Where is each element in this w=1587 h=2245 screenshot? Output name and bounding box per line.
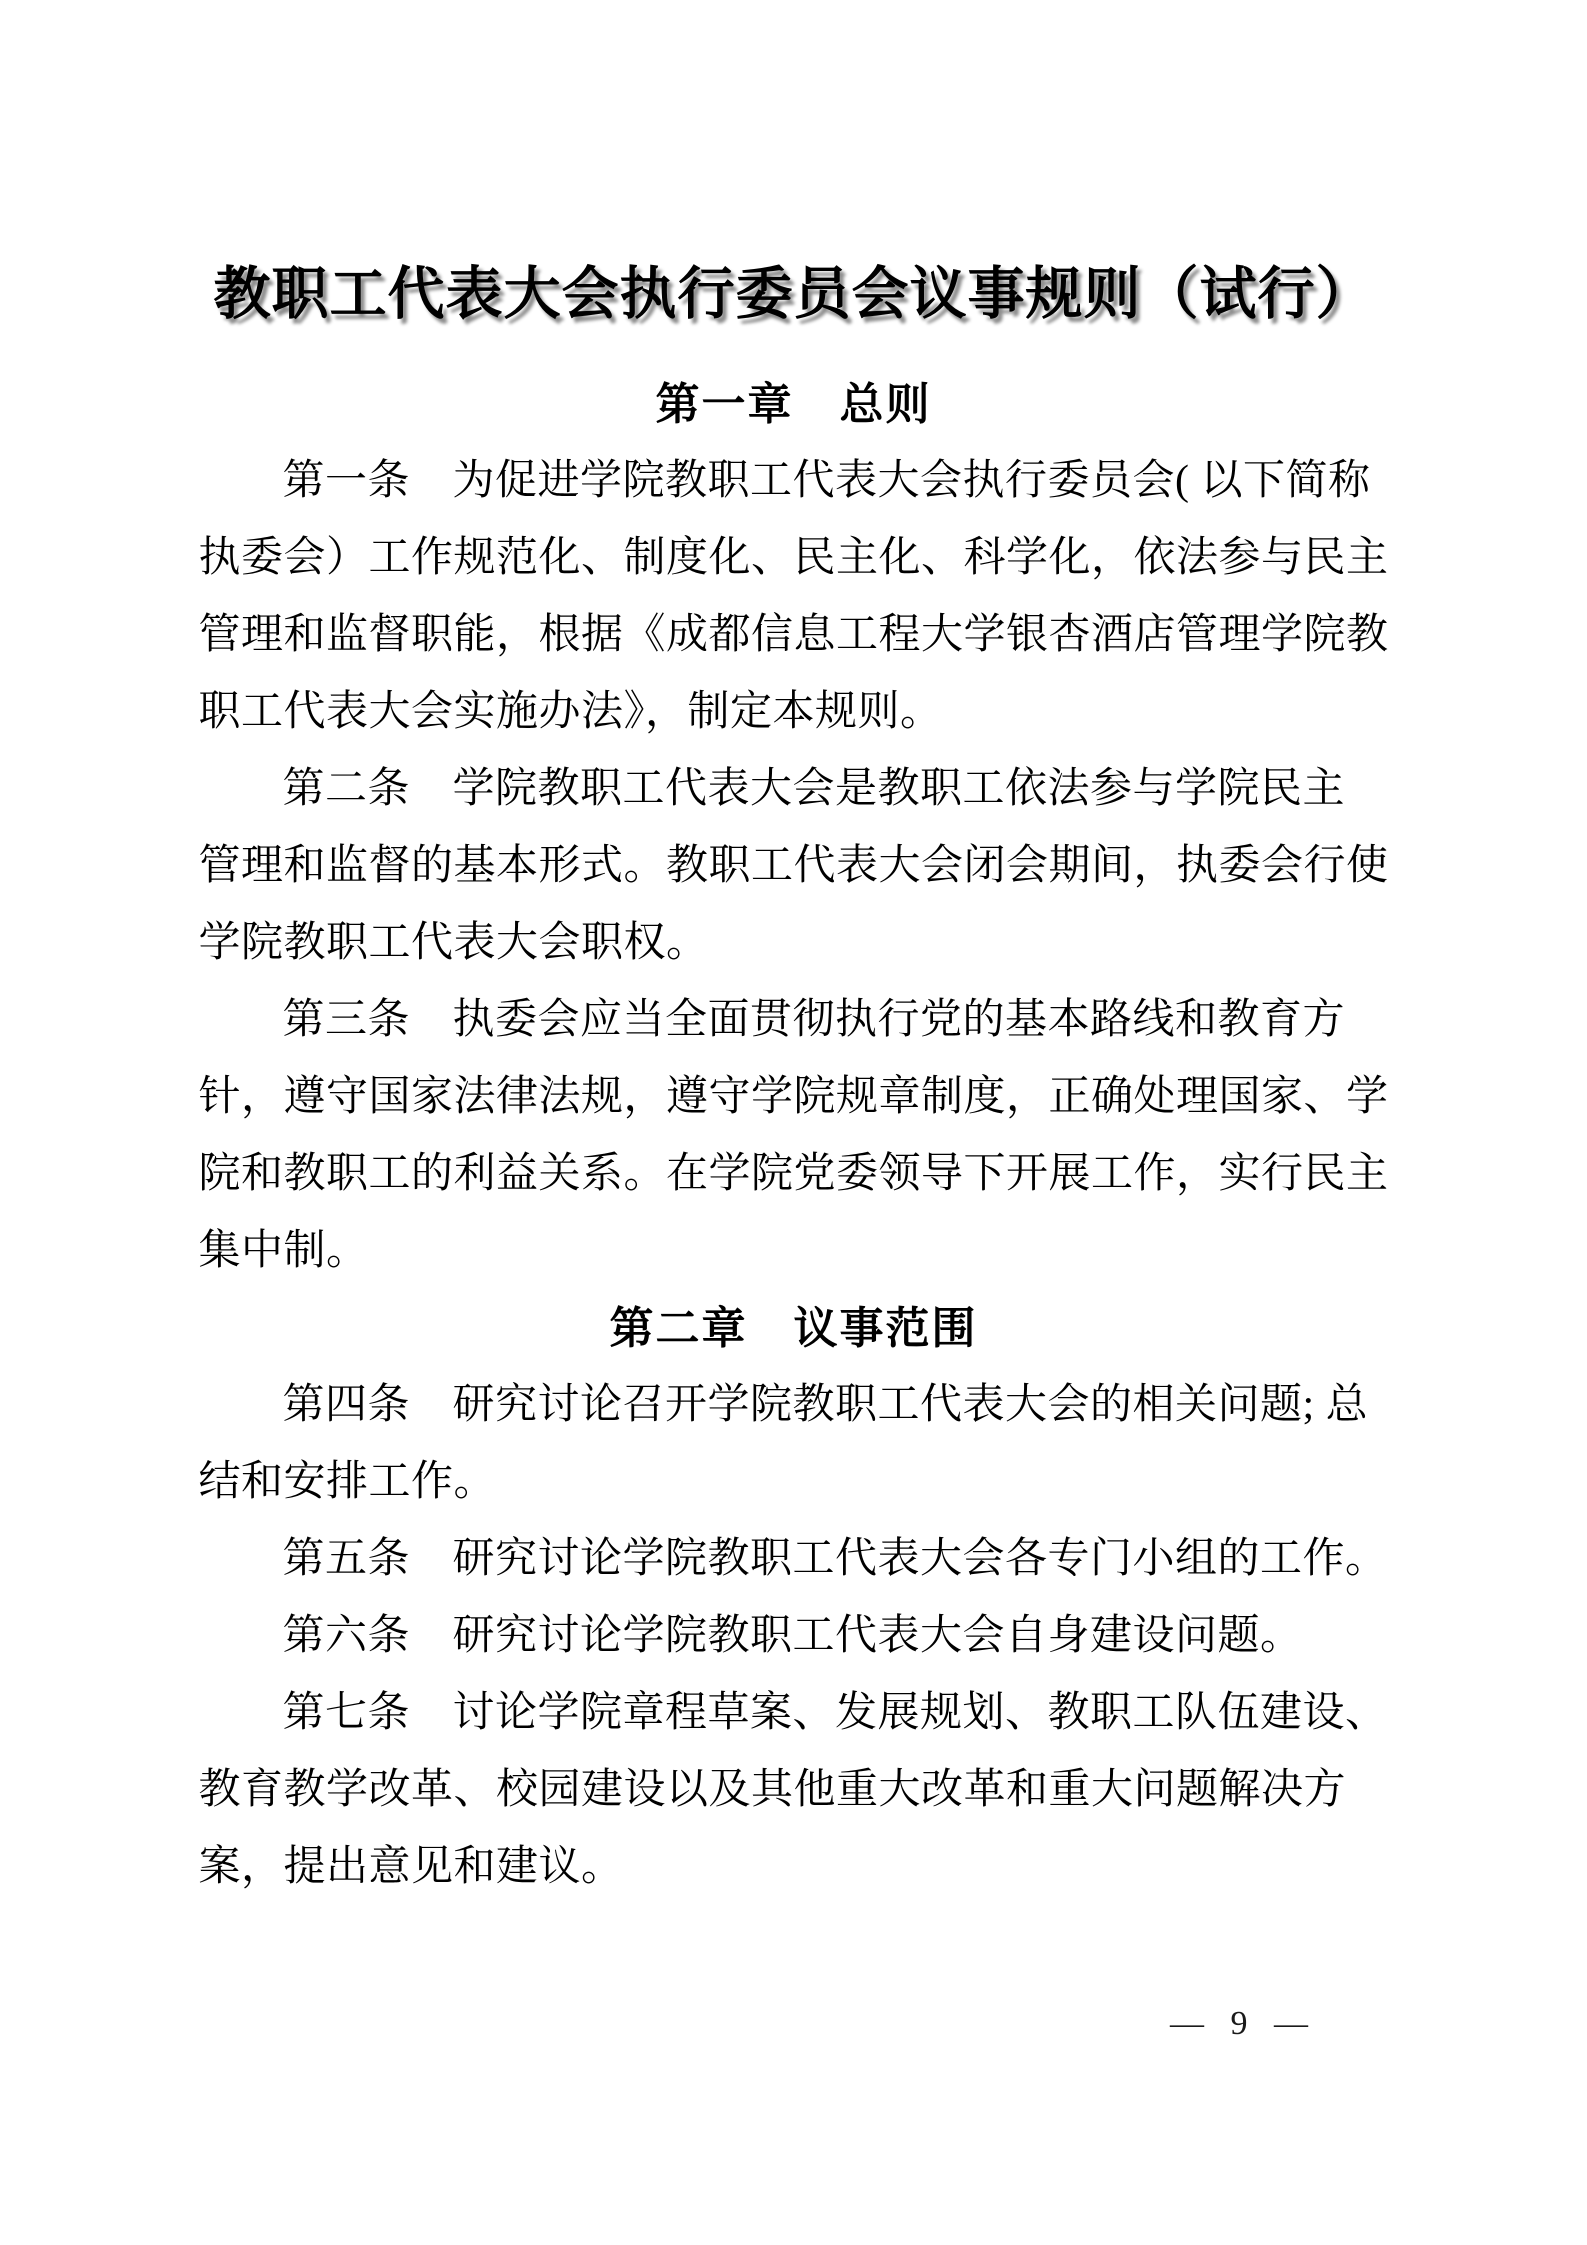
article-7-line: 教育教学改革、校园建设以及其他重大改革和重大问题解决方: [199, 1752, 1389, 1829]
page-number: — 9 —: [1170, 2002, 1310, 2046]
article-4-line: 结和安排工作。: [199, 1444, 1389, 1521]
article-2-line: 第二条 学院教职工代表大会是教职工依法参与学院民主: [199, 751, 1389, 828]
document-title: 教职工代表大会执行委员会议事规则（试行）: [0, 252, 1587, 337]
article-3-line: 第三条 执委会应当全面贯彻执行党的基本路线和教育方: [199, 982, 1389, 1059]
article-2-line: 学院教职工代表大会职权。: [199, 905, 1389, 982]
chapter-1-heading: 第一章 总则: [199, 366, 1389, 443]
article-5-line: 第五条 研究讨论学院教职工代表大会各专门小组的工作。: [199, 1521, 1389, 1598]
article-1-line: 管理和监督职能，根据《成都信息工程大学银杏酒店管理学院教: [199, 597, 1389, 674]
article-6-line: 第六条 研究讨论学院教职工代表大会自身建设问题。: [199, 1598, 1389, 1675]
article-7-line: 第七条 讨论学院章程草案、发展规划、教职工队伍建设、: [199, 1675, 1389, 1752]
article-7-line: 案，提出意见和建议。: [199, 1829, 1389, 1906]
article-3-line: 针，遵守国家法律法规，遵守学院规章制度，正确处理国家、学: [199, 1059, 1389, 1136]
document-page: 教职工代表大会执行委员会议事规则（试行） 第一章 总则 第一条 为促进学院教职工…: [0, 0, 1587, 2245]
article-1-line: 第一条 为促进学院教职工代表大会执行委员会( 以下简称: [199, 443, 1389, 520]
article-4-line: 第四条 研究讨论召开学院教职工代表大会的相关问题; 总: [199, 1367, 1389, 1444]
chapter-2-heading: 第二章 议事范围: [199, 1290, 1389, 1367]
article-1-line: 执委会）工作规范化、制度化、民主化、科学化，依法参与民主: [199, 520, 1389, 597]
article-3-line: 集中制。: [199, 1213, 1389, 1290]
document-body: 第一章 总则 第一条 为促进学院教职工代表大会执行委员会( 以下简称 执委会）工…: [199, 366, 1389, 1906]
article-3-line: 院和教职工的利益关系。在学院党委领导下开展工作，实行民主: [199, 1136, 1389, 1213]
article-2-line: 管理和监督的基本形式。教职工代表大会闭会期间，执委会行使: [199, 828, 1389, 905]
article-1-line: 职工代表大会实施办法》，制定本规则。: [199, 674, 1389, 751]
